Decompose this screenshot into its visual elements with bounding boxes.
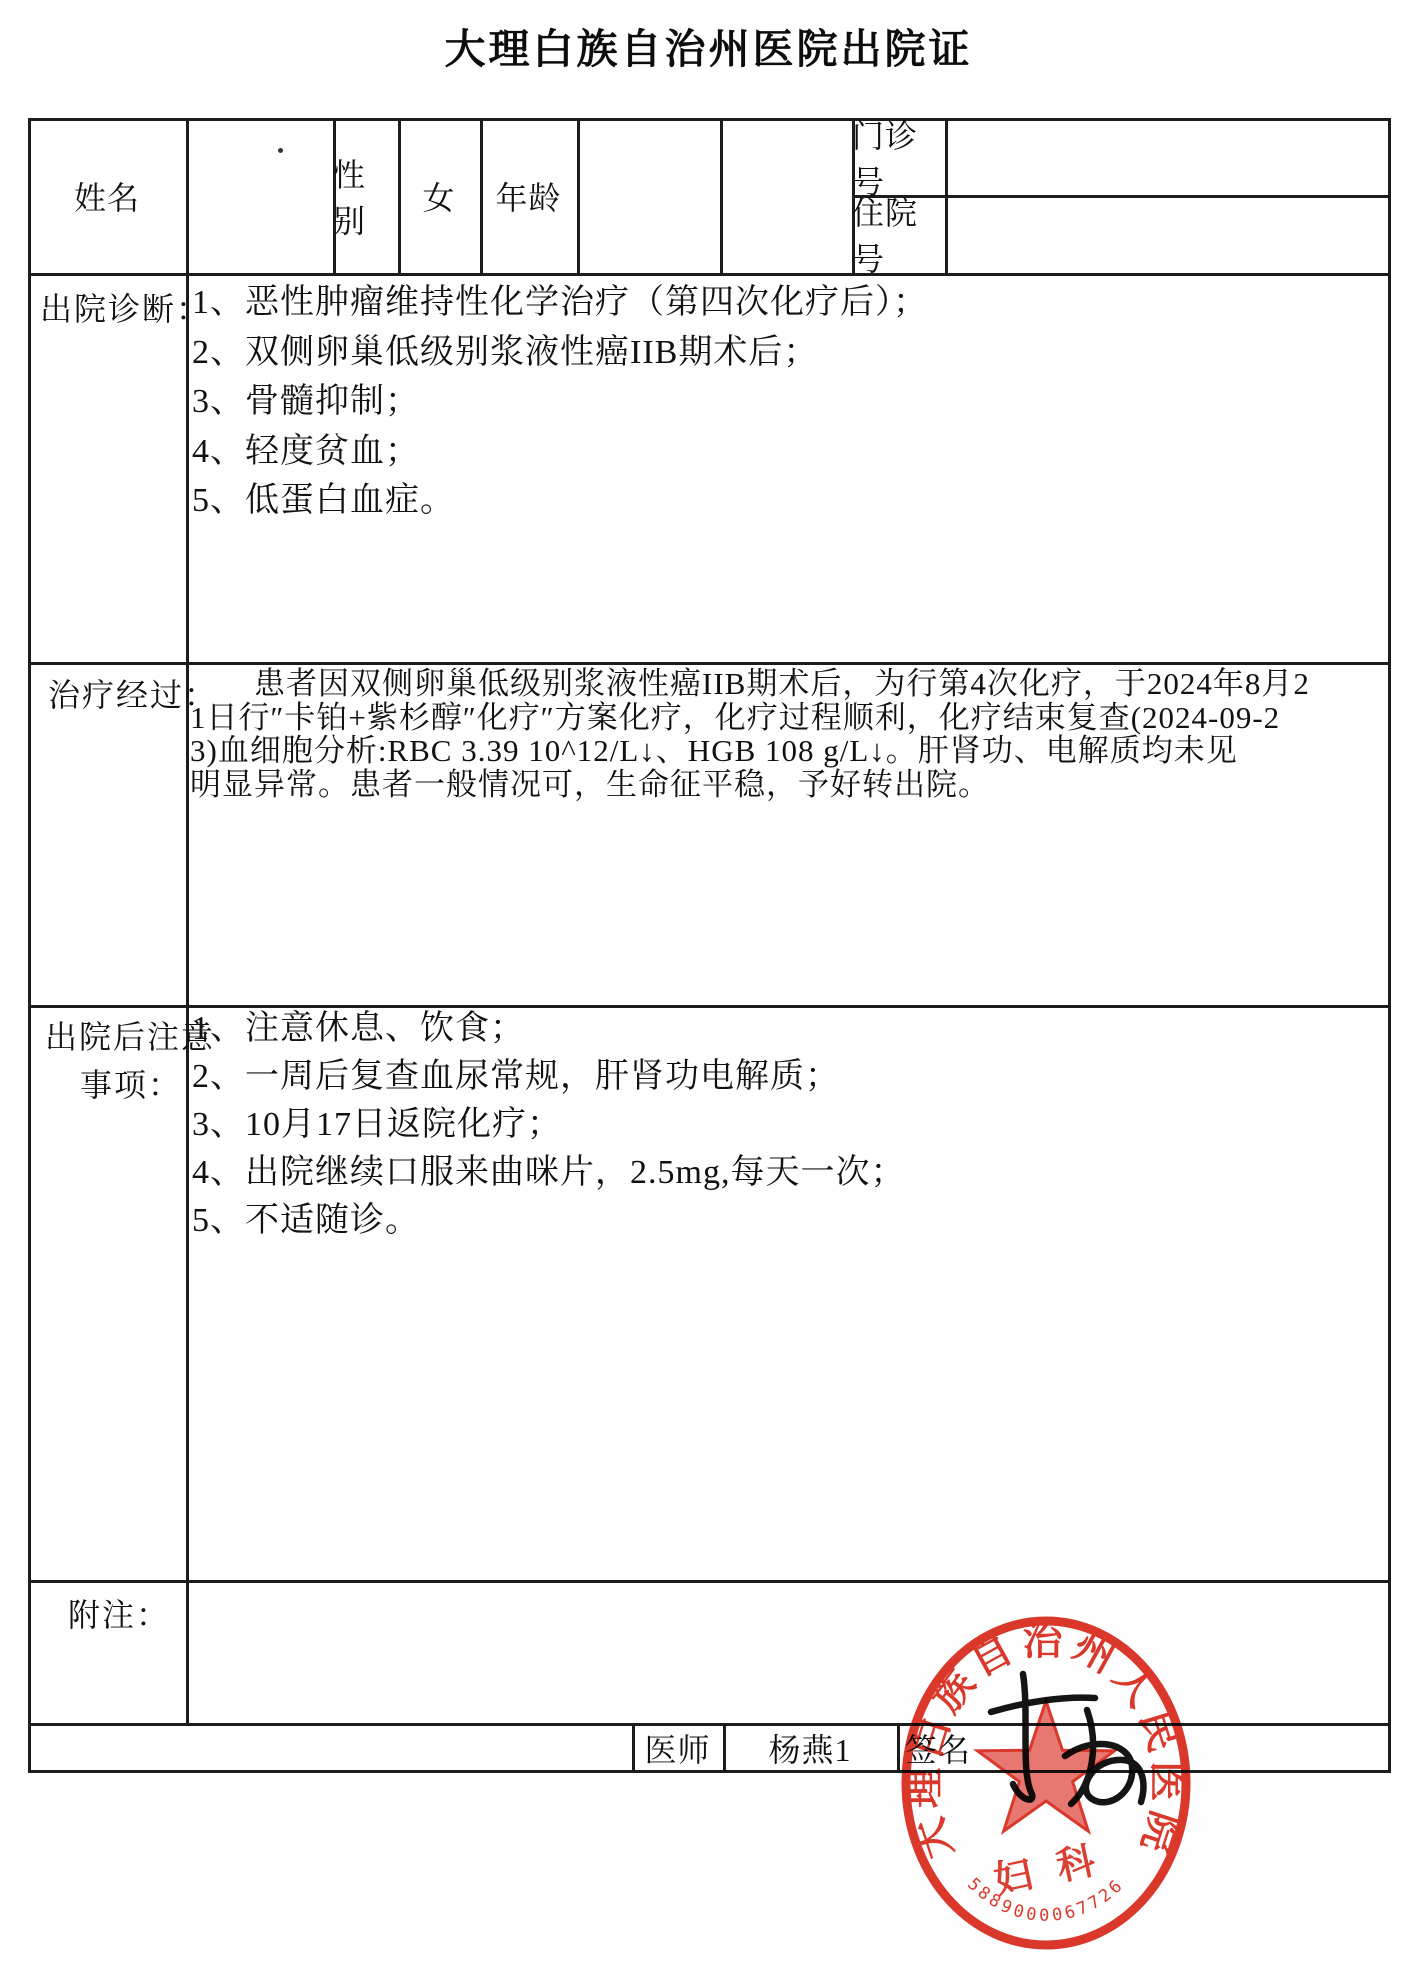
age-value — [577, 118, 720, 273]
doctor-label: 医师 — [632, 1723, 723, 1773]
doctor-signature — [975, 1652, 1185, 1842]
inpatient-no-label: 住院号 — [852, 195, 945, 273]
instructions-list: 1、注意休息、饮食； 2、一周后复查血尿常规，肝肾功电解质； 3、10月17日返… — [192, 1005, 1387, 1245]
inpatient-no-value — [945, 195, 1388, 273]
diagnosis-list: 1、恶性肿瘤维持性化学治疗（第四次化疗后）； 2、双侧卵巢低级别浆液性癌IIB期… — [192, 278, 1387, 526]
instruction-item: 2、一周后复查血尿常规，肝肾功电解质； — [192, 1053, 1387, 1101]
row-divider-2 — [28, 662, 1391, 665]
label-column-divider — [186, 118, 189, 1723]
instruction-item: 5、不适随诊。 — [192, 1197, 1387, 1245]
doctor-name: 杨燕1 — [723, 1723, 897, 1773]
instructions-label-line2: 事项： — [80, 1060, 182, 1106]
diagnosis-item: 1、恶性肿瘤维持性化学治疗（第四次化疗后）； — [192, 278, 1387, 328]
instructions-label-line1: 出院后注意 — [45, 1012, 215, 1058]
diagnosis-item: 2、双侧卵巢低级别浆液性癌IIB期术后； — [192, 328, 1387, 378]
diagnosis-label: 出院诊断： — [40, 284, 210, 330]
instruction-item: 4、出院继续口服来曲咪片，2.5mg,每天一次； — [192, 1149, 1387, 1197]
name-label: 姓名 — [28, 118, 186, 273]
diagnosis-item: 5、低蛋白血症。 — [192, 476, 1387, 526]
treatment-line: 1日行″卡铂+紫杉醇″化疗″方案化疗，化疗过程顺利，化疗结束复查(2024-09… — [190, 701, 1390, 735]
name-value — [186, 118, 333, 273]
table-border-left — [28, 118, 31, 1773]
instruction-item: 3、10月17日返院化疗； — [192, 1101, 1387, 1149]
table-border-right — [1388, 118, 1391, 1773]
gender-label: 性别 — [333, 118, 398, 273]
diagnosis-item: 4、轻度贫血； — [192, 427, 1387, 477]
treatment-line: 患者因双侧卵巢低级别浆液性癌IIB期术后，为行第4次化疗，于2024年8月2 — [190, 667, 1390, 701]
outpatient-no-value — [945, 118, 1388, 195]
notes-label: 附注： — [68, 1590, 170, 1636]
diagnosis-item: 3、骨髓抑制； — [192, 377, 1387, 427]
row-divider-4 — [28, 1580, 1391, 1583]
gender-value: 女 — [398, 118, 480, 273]
page-title: 大理白族自治州医院出院证 — [0, 16, 1417, 75]
treatment-line: 明显异常。患者一般情况可，生命征平稳，予好转出院。 — [190, 768, 1390, 802]
age-label: 年龄 — [480, 118, 577, 273]
col-divider-age-value — [720, 118, 723, 273]
outpatient-no-label: 门诊号 — [852, 118, 945, 195]
treatment-text: 患者因双侧卵巢低级别浆液性癌IIB期术后，为行第4次化疗，于2024年8月2 1… — [190, 667, 1390, 801]
instruction-item: 1、注意休息、饮食； — [192, 1005, 1387, 1053]
row-divider-1 — [28, 273, 1391, 276]
ink-speck — [278, 148, 283, 153]
discharge-certificate-page: 大理白族自治州医院出院证 姓名 性别 女 年龄 门诊号 住院号 出院诊断： 1、… — [0, 0, 1417, 1968]
treatment-line: 3)血细胞分析:RBC 3.39 10^12/L↓、HGB 108 g/L↓。肝… — [190, 734, 1390, 768]
